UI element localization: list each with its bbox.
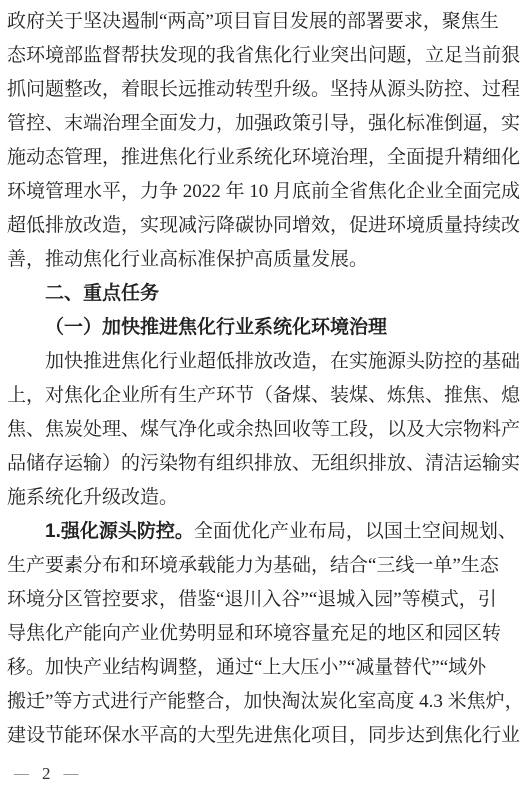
text-line: 环境分区管控要求，借鉴“退川入谷”“退城入园”等模式，引 xyxy=(7,583,521,617)
text-line: 建设节能环保水平高的大型先进焦化项目，同步达到焦化行业 xyxy=(7,719,521,753)
text-line: 态环境部监督帮扶发现的我省焦化行业突出问题，立足当前狠 xyxy=(7,39,521,73)
section-heading: 二、重点任务 xyxy=(7,277,521,311)
document-page: 政府关于坚决遏制“两高”项目盲目发展的部署要求，聚焦生 态环境部监督帮扶发现的我… xyxy=(0,0,530,790)
text-line: 管控、末端治理全面发力，加强政策引导，强化标准倒逼，实 xyxy=(7,107,521,141)
text-line: 施系统化升级改造。 xyxy=(7,481,521,515)
text-line: 抓问题整改，着眼长远推动转型升级。坚持从源头防控、过程 xyxy=(7,73,521,107)
subsection-heading: （一）加快推进焦化行业系统化环境治理 xyxy=(7,311,521,345)
text-line: 1.强化源头防控。全面优化产业布局，以国土空间规划、 xyxy=(7,515,521,549)
page-footer: — 2 — xyxy=(14,764,79,784)
text-line: 搬迁”等方式进行产能整合，加快淘汰炭化室高度 4.3 米焦炉， xyxy=(7,685,521,719)
text-line: 品储存运输）的污染物有组织排放、无组织排放、清洁运输实 xyxy=(7,447,521,481)
text-line: 焦、焦炭处理、煤气净化或余热回收等工段，以及大宗物料产 xyxy=(7,413,521,447)
footer-right-dash: — xyxy=(64,766,79,782)
page-number: 2 xyxy=(42,764,51,784)
text-line: 环境管理水平，力争 2022 年 10 月底前全省焦化企业全面完成 xyxy=(7,175,521,209)
numbered-item-lead: 1.强化源头防控。 xyxy=(45,521,194,542)
text-line: 移。加快产业结构调整，通过“上大压小”“减量替代”“域外 xyxy=(7,651,521,685)
text-line: 加快推进焦化行业超低排放改造，在实施源头防控的基础 xyxy=(7,345,521,379)
text-line: 导焦化产能向产业优势明显和环境容量充足的地区和园区转 xyxy=(7,617,521,651)
text-line: 政府关于坚决遏制“两高”项目盲目发展的部署要求，聚焦生 xyxy=(7,5,521,39)
text-line: 上，对焦化企业所有生产环节（备煤、装煤、炼焦、推焦、熄 xyxy=(7,379,521,413)
text-line: 超低排放改造，实现减污降碳协同增效，促进环境质量持续改 xyxy=(7,209,521,243)
footer-left-dash: — xyxy=(14,766,29,782)
text-run: 全面优化产业布局，以国土空间规划、 xyxy=(194,521,517,542)
text-line: 生产要素分布和环境承载能力为基础，结合“三线一单”生态 xyxy=(7,549,521,583)
text-line: 善，推动焦化行业高标准保护高质量发展。 xyxy=(7,243,521,277)
text-line: 施动态管理，推进焦化行业系统化环境治理，全面提升精细化 xyxy=(7,141,521,175)
